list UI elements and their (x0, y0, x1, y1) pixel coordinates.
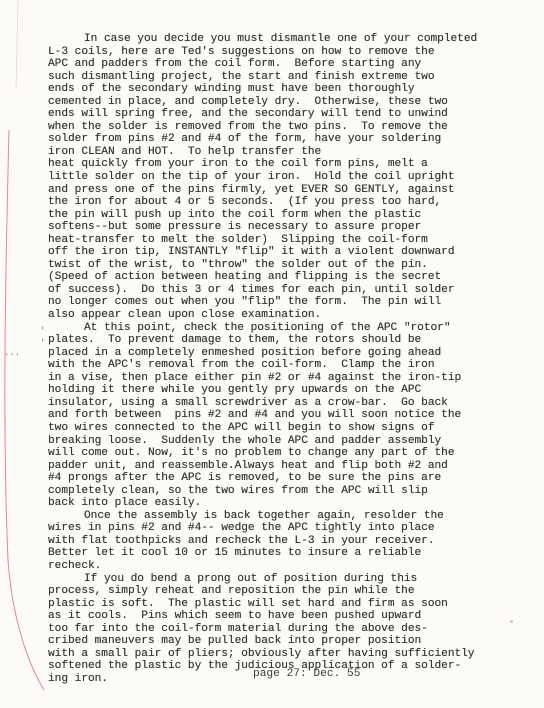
text-line: too far into the coil-form material duri… (48, 623, 528, 636)
text-line: of success). Do this 3 or 4 times for ea… (48, 284, 528, 297)
text-line: the iron for about 4 or 5 seconds. (If y… (48, 196, 528, 209)
text-line: two wires connected to the APC will begi… (48, 422, 528, 435)
text-line: If you do bend a prong out of position d… (48, 573, 528, 586)
text-line: with a small pair of pliers; obviously a… (48, 648, 528, 661)
text-line: and forth between pins #2 and #4 and you… (48, 409, 528, 422)
paragraph-1: In case you decide you must dismantle on… (48, 33, 528, 322)
text-line: insulator, using a small screwdriver as … (48, 397, 528, 410)
text-line: process, simply reheat and reposition th… (48, 585, 528, 598)
text-line: in a vise, then place either pin #2 or #… (48, 372, 528, 385)
text-line: Better let it cool 10 or 15 minutes to i… (48, 547, 528, 560)
stray-mark: ... (4, 348, 20, 358)
text-line: also appear clean upon close examination… (48, 309, 528, 322)
text-line: wires in pins #2 and #4-- wedge the APC … (48, 522, 528, 535)
text-line: (Speed of action between heating and fli… (48, 271, 528, 284)
stray-mark: ' (40, 326, 45, 336)
text-line: little solder on the tip of your iron. H… (48, 171, 528, 184)
text-line: recheck. (48, 560, 528, 573)
text-line: heat-transfer to melt the solder) Slippi… (48, 234, 528, 247)
text-line: twist of the wrist, to "throw" the solde… (48, 259, 528, 272)
text-line: the pin will push up into the coil form … (48, 209, 528, 222)
typewritten-body: In case you decide you must dismantle on… (48, 33, 528, 685)
text-line: cribed maneuvers may be pulled back into… (48, 635, 528, 648)
text-line: padder unit, and reassemble.Always heat … (48, 460, 528, 473)
text-line: back into place easily. (48, 497, 528, 510)
text-line: ends of the secondary winding must have … (48, 83, 528, 96)
text-line: and press one of the pins firmly, yet EV… (48, 184, 528, 197)
text-line: no longer comes out when you "flip" the … (48, 296, 528, 309)
paragraph-3: Once the assembly is back together again… (48, 510, 528, 573)
text-line: In case you decide you must dismantle on… (48, 33, 528, 46)
text-line: L-3 coils, here are Ted's suggestions on… (48, 46, 528, 59)
text-line: iron CLEAN and HOT. To help transfer the (48, 146, 528, 159)
text-line: ends will spring free, and the secondary… (48, 108, 528, 121)
text-line: APC and padders from the coil form. Befo… (48, 58, 528, 71)
text-line: with flat toothpicks and recheck the L-3… (48, 535, 528, 548)
text-line: placed in a completely enmeshed position… (48, 347, 528, 360)
text-line: breaking loose. Suddenly the whole APC a… (48, 435, 528, 448)
stray-mark: ' (40, 338, 45, 348)
text-line: plastic is soft. The plastic will set ha… (48, 598, 528, 611)
text-line: will come out. Now, it's no problem to c… (48, 447, 528, 460)
text-line: cemented in place, and completely dry. O… (48, 96, 528, 109)
text-line: off the iron tip, INSTANTLY "flip" it wi… (48, 246, 528, 259)
text-line: holding it there while you gently pry up… (48, 384, 528, 397)
text-line: as it cools. Pins which seem to have bee… (48, 610, 528, 623)
text-line: when the solder is removed from the two … (48, 121, 528, 134)
text-line: solder from pins #2 and #4 of the form, … (48, 133, 528, 146)
text-line: completely clean, so the two wires from … (48, 485, 528, 498)
page-footer: page 27: Dec. 55 (253, 668, 360, 680)
text-line: At this point, check the positioning of … (48, 322, 528, 335)
text-line: #4 prongs after the APC is removed, to b… (48, 472, 528, 485)
text-line: heat quickly from your iron to the coil … (48, 158, 528, 171)
text-line: with the APC's removal from the coil-for… (48, 359, 528, 372)
text-line: Once the assembly is back together again… (48, 510, 528, 523)
document-page: ' ' ... In case you decide you must dism… (0, 0, 544, 708)
text-line: such dismantling project, the start and … (48, 71, 528, 84)
text-line: softens--but some pressure is necessary … (48, 221, 528, 234)
paragraph-2: At this point, check the positioning of … (48, 322, 528, 510)
text-line: plates. To prevent damage to them, the r… (48, 334, 528, 347)
